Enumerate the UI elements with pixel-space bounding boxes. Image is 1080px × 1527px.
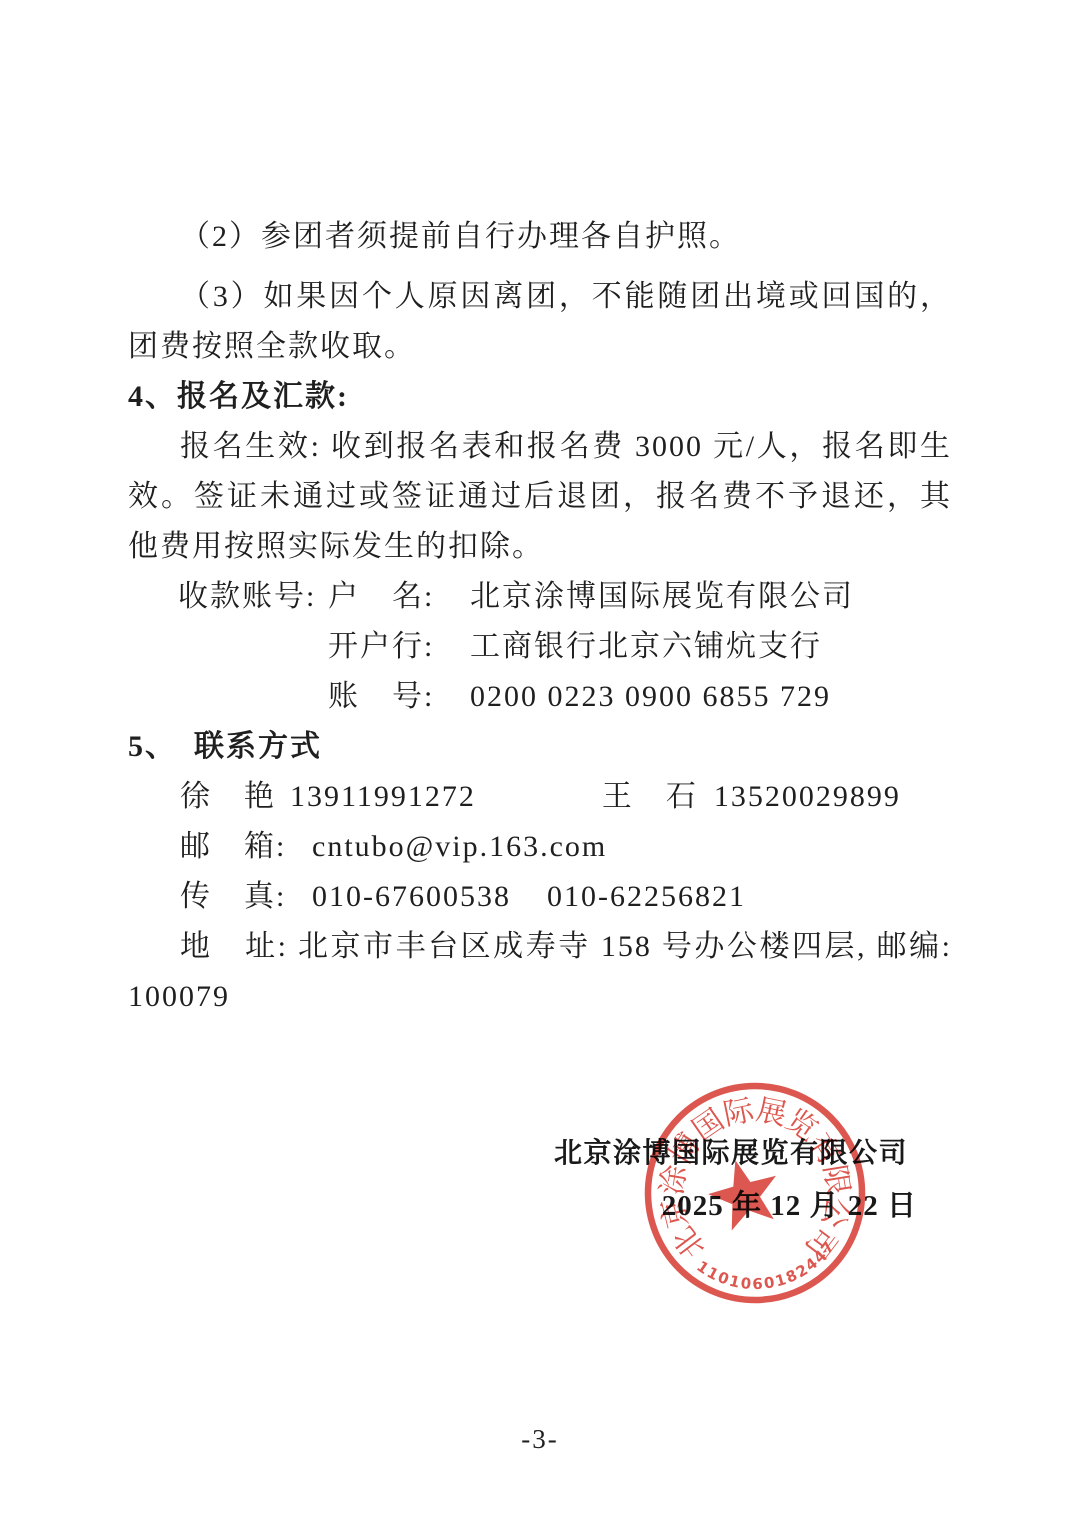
signature-company: 北京涂博国际展览有限公司 [0, 1128, 950, 1180]
svg-text:2: 2 [793, 1261, 811, 1282]
svg-text:1: 1 [704, 1263, 722, 1284]
account-row: 账 号: 0200 0223 0900 6855 729 [128, 672, 952, 722]
contact-phone: 13520029899 [714, 772, 901, 822]
registration-terms-paragraph: 报名生效: 收到报名表和报名费 3000 元/人，报名即生效。签证未通过或签证通… [128, 422, 952, 572]
account-row: 开户行: 工商银行北京六铺炕支行 [128, 622, 952, 672]
account-prefix-spacer [178, 672, 328, 722]
document-page: （2）参团者须提前自行办理各自护照。 （3）如果因个人原因离团，不能随团出境或回… [0, 0, 1080, 1527]
svg-text:1: 1 [693, 1257, 712, 1278]
svg-text:6: 6 [752, 1275, 763, 1293]
fax-row: 传 真: 010-67600538 010-62256821 [128, 872, 952, 922]
email-label: 邮 箱: [180, 822, 312, 872]
contact-phone: 13911991272 [290, 772, 476, 822]
account-value: 工商银行北京六铺炕支行 [470, 622, 952, 672]
contact-name: 徐 艳 [180, 772, 276, 822]
email-row: 邮 箱: cntubo@vip.163.com [128, 822, 952, 872]
contact-persons-row: 徐 艳 13911991272 王 石 13520029899 [128, 772, 952, 822]
email-value: cntubo@vip.163.com [312, 822, 607, 872]
fax-number-2: 010-62256821 [547, 872, 746, 922]
svg-text:1: 1 [773, 1270, 788, 1290]
svg-text:4: 4 [802, 1254, 821, 1275]
svg-text:展: 展 [753, 1094, 789, 1132]
account-row: 收款账号: 户 名: 北京涂博国际展览有限公司 [128, 572, 952, 622]
svg-text:0: 0 [740, 1274, 752, 1293]
account-label: 户 名: [328, 572, 470, 622]
clause-3-paragraph: （3）如果因个人原因离团，不能随团出境或回国的，团费按照全款收取。 [128, 272, 952, 372]
section-5-heading: 5、 联系方式 [128, 722, 952, 772]
document-body: （2）参团者须提前自行办理各自护照。 （3）如果因个人原因离团，不能随团出境或回… [128, 212, 952, 1022]
address-paragraph: 地 址: 北京市丰台区成寿寺 158 号办公楼四层, 邮编: 100079 [128, 922, 952, 1022]
signature-date: 2025 年 12 月 22 日 [0, 1180, 950, 1232]
svg-text:4: 4 [810, 1247, 830, 1267]
fax-number-1: 010-67600538 [312, 872, 511, 922]
page-number: -3- [0, 1424, 1080, 1455]
account-prefix-spacer [178, 622, 328, 672]
clause-2-paragraph: （2）参团者须提前自行办理各自护照。 [128, 212, 952, 262]
svg-text:1: 1 [727, 1272, 741, 1292]
signature-block: 北京涂博国际展览有限公司 2025 年 12 月 22 日 [0, 1128, 950, 1232]
account-label: 开户行: [328, 622, 470, 672]
bank-account-block: 收款账号: 户 名: 北京涂博国际展览有限公司 开户行: 工商银行北京六铺炕支行… [128, 572, 952, 722]
account-prefix: 收款账号: [178, 572, 328, 622]
section-4-heading: 4、报名及汇款: [128, 372, 952, 422]
contact-name: 王 石 [602, 772, 698, 822]
svg-text:7: 7 [817, 1238, 838, 1257]
svg-text:8: 8 [783, 1266, 800, 1287]
svg-text:0: 0 [715, 1268, 731, 1289]
address-label: 地 址: [180, 930, 288, 963]
svg-text:际: 际 [721, 1093, 758, 1132]
svg-text:0: 0 [763, 1273, 776, 1292]
account-label: 账 号: [328, 672, 470, 722]
account-value: 北京涂博国际展览有限公司 [470, 572, 952, 622]
account-value: 0200 0223 0900 6855 729 [470, 672, 952, 722]
fax-label: 传 真: [180, 872, 312, 922]
